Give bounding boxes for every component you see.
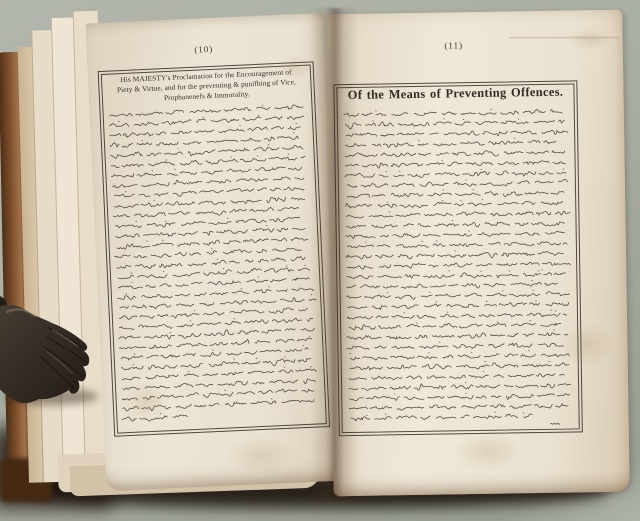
right-page: (11) Of the Means of Preventing Offences… — [326, 10, 630, 497]
page-number-right: (11) — [333, 38, 575, 52]
right-page-frame: Of the Means of Preventing Offences. — [333, 80, 582, 436]
shorthand-text-left — [106, 101, 321, 430]
metal-hand-page-weight — [0, 286, 98, 412]
shorthand-strokes — [343, 108, 573, 428]
hand-silhouette — [0, 305, 89, 403]
right-page-heading: Of the Means of Preventing Offences. — [334, 81, 576, 103]
page-number-left: (10) — [97, 39, 311, 59]
shorthand-text-right — [342, 106, 575, 430]
shorthand-strokes — [108, 103, 321, 422]
photo-scene: (10) His MAJESTY's Proclamation for the … — [0, 0, 640, 521]
foxing-stain — [224, 435, 296, 478]
left-page-heading: His MAJESTY's Proclamation for the Encou… — [99, 62, 314, 106]
left-page: (10) His MAJESTY's Proclamation for the … — [86, 13, 345, 491]
left-page-frame: His MAJESTY's Proclamation for the Encou… — [98, 61, 330, 436]
foxing-stain — [453, 431, 524, 472]
